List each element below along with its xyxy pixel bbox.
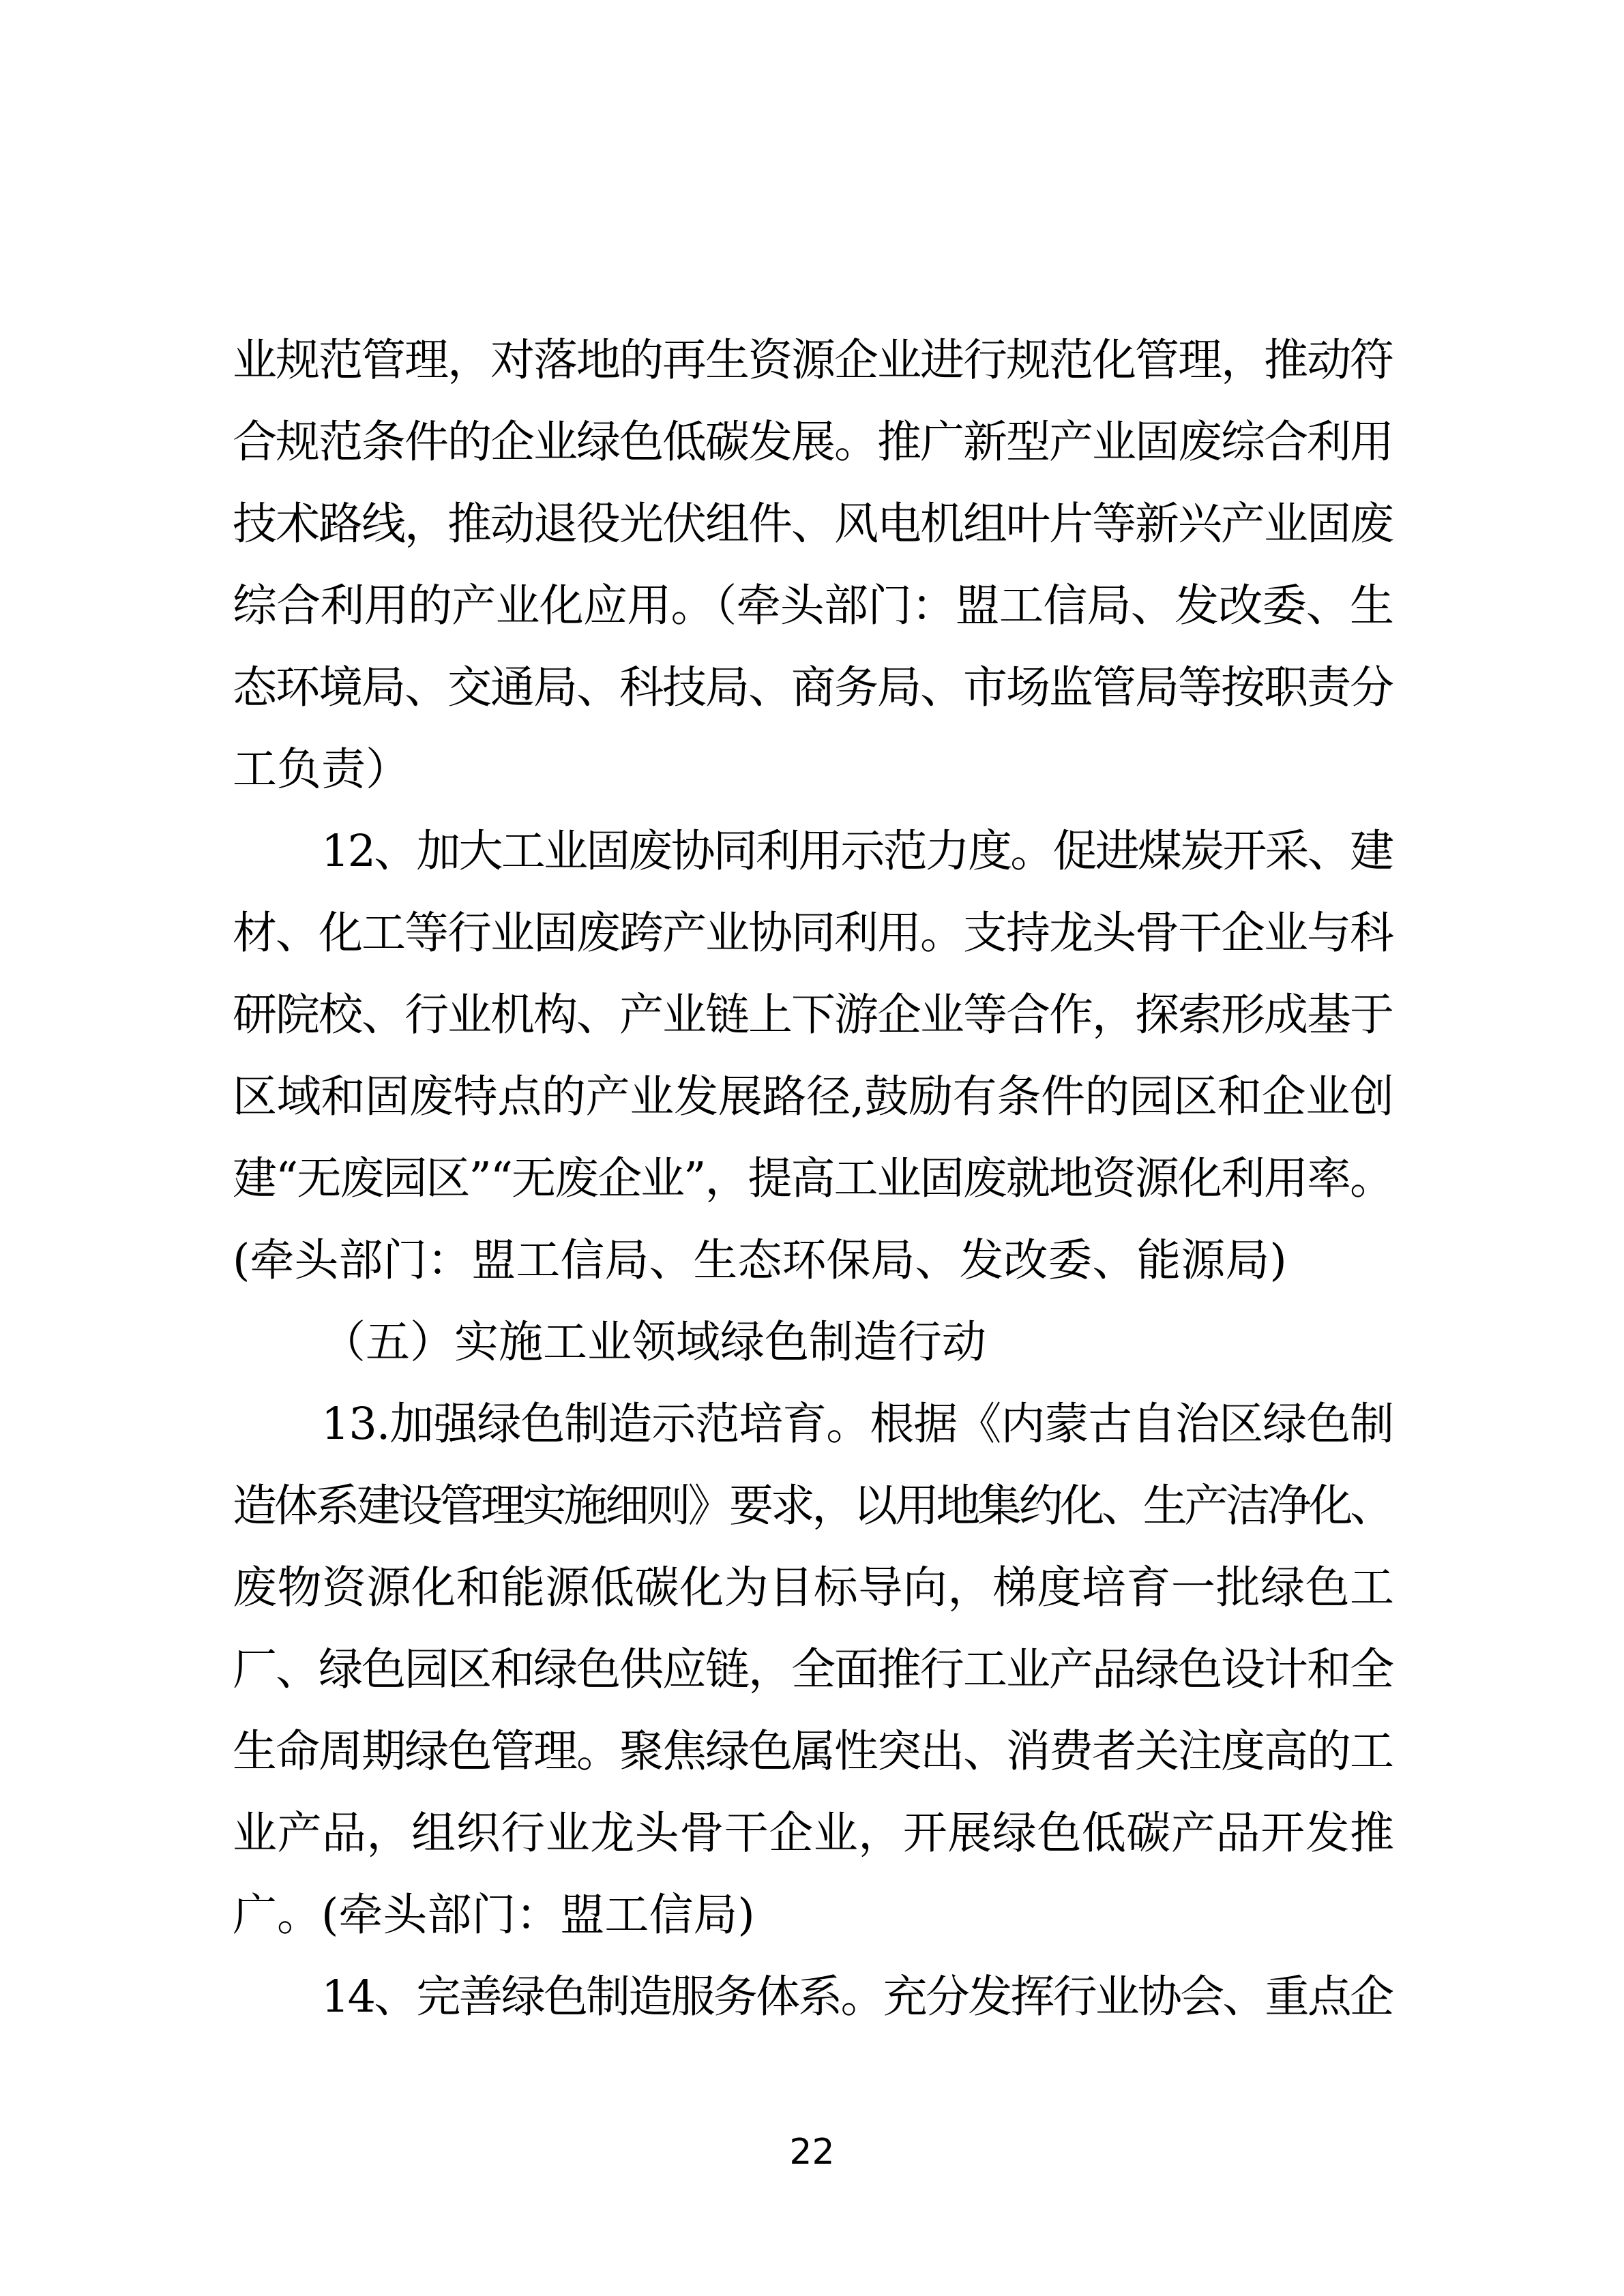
- text-line-content: 合规范条件的企业绿色低碳发展。推广新型产业固废综合利用: [233, 417, 1393, 468]
- text-line-content: 材、化工等行业固废跨产业协同利用。支持龙头骨干企业与科: [233, 908, 1393, 959]
- text-line-content: 研院校、行业机构、产业链上下游企业等合作，探索形成基于: [233, 989, 1393, 1041]
- text-line: 造体系建设管理实施细则》要求，以用地集约化、生产洁净化、: [233, 1465, 1394, 1547]
- text-line-content: （五）实施工业领域绿色制造行动: [233, 1317, 986, 1368]
- text-line-content: 生命周期绿色管理。聚焦绿色属性突出、消费者关注度高的工: [233, 1726, 1393, 1777]
- text-line: 厂、绿色园区和绿色供应链，全面推行工业产品绿色设计和全: [233, 1629, 1394, 1711]
- text-line-content: 12、加大工业固废协同利用示范力度。促进煤炭开采、建: [233, 826, 1392, 877]
- text-block: 业规范管理，对落地的再生资源企业进行规范化管理，推动符合规范条件的企业绿色低碳发…: [233, 320, 1394, 2038]
- text-line-content: (牵头部门：盟工信局、生态环保局、发改委、能源局): [233, 1235, 1287, 1286]
- text-line: 业产品，组织行业龙头骨干企业，开展绿色低碳产品开发推: [233, 1793, 1394, 1875]
- text-line-content: 建“无废园区”“无废企业”，提高工业固废就地资源化利用率。: [233, 1153, 1393, 1204]
- text-line-content: 造体系建设管理实施细则》要求，以用地集约化、生产洁净化、: [233, 1480, 1391, 1532]
- text-line: 工负责）: [233, 729, 1394, 811]
- text-line: 业规范管理，对落地的再生资源企业进行规范化管理，推动符: [233, 320, 1394, 402]
- text-line: 材、化工等行业固废跨产业协同利用。支持龙头骨干企业与科: [233, 893, 1394, 974]
- text-line-content: 区域和固废特点的产业发展路径,鼓励有条件的园区和企业创: [233, 1071, 1394, 1122]
- text-line: 建“无废园区”“无废企业”，提高工业固废就地资源化利用率。: [233, 1138, 1394, 1220]
- text-line-content: 13.加强绿色制造示范培育。根据《内蒙古自治区绿色制: [233, 1399, 1393, 1450]
- text-line: 14、完善绿色制造服务体系。充分发挥行业协会、重点企: [233, 1956, 1394, 2038]
- text-line: 12、加大工业固废协同利用示范力度。促进煤炭开采、建: [233, 811, 1394, 893]
- page-number: 22: [0, 2132, 1624, 2173]
- text-line: 研院校、行业机构、产业链上下游企业等合作，探索形成基于: [233, 974, 1394, 1056]
- text-line-content: 态环境局、交通局、科技局、商务局、市场监管局等按职责分: [233, 662, 1393, 713]
- text-line: 废物资源化和能源低碳化为目标导向，梯度培育一批绿色工: [233, 1547, 1394, 1629]
- text-line-content: 业产品，组织行业龙头骨干企业，开展绿色低碳产品开发推: [233, 1808, 1395, 1859]
- text-line: 技术路线，推动退役光伏组件、风电机组叶片等新兴产业固废: [233, 483, 1394, 565]
- text-line-content: 综合利用的产业化应用。（牵头部门：盟工信局、发改委、生: [233, 580, 1393, 631]
- text-line: 广。(牵头部门：盟工信局): [233, 1875, 1394, 1956]
- text-line-content: 厂、绿色园区和绿色供应链，全面推行工业产品绿色设计和全: [233, 1644, 1393, 1695]
- text-line: 区域和固废特点的产业发展路径,鼓励有条件的园区和企业创: [233, 1056, 1394, 1138]
- text-line: (牵头部门：盟工信局、生态环保局、发改委、能源局): [233, 1220, 1394, 1302]
- text-line: 综合利用的产业化应用。（牵头部门：盟工信局、发改委、生: [233, 565, 1394, 647]
- text-line: 态环境局、交通局、科技局、商务局、市场监管局等按职责分: [233, 647, 1394, 729]
- text-line-content: 废物资源化和能源低碳化为目标导向，梯度培育一批绿色工: [233, 1562, 1395, 1613]
- document-page: 业规范管理，对落地的再生资源企业进行规范化管理，推动符合规范条件的企业绿色低碳发…: [0, 0, 1624, 2296]
- text-line-content: 业规范管理，对落地的再生资源企业进行规范化管理，推动符: [233, 335, 1393, 386]
- text-line-content: 广。(牵头部门：盟工信局): [233, 1890, 755, 1941]
- text-line-content: 技术路线，推动退役光伏组件、风电机组叶片等新兴产业固废: [233, 498, 1393, 550]
- text-line: 合规范条件的企业绿色低碳发展。推广新型产业固废综合利用: [233, 402, 1394, 483]
- text-line-content: 工负责）: [233, 744, 410, 795]
- text-line: 生命周期绿色管理。聚焦绿色属性突出、消费者关注度高的工: [233, 1711, 1394, 1793]
- text-line-content: 14、完善绿色制造服务体系。充分发挥行业协会、重点企: [233, 1971, 1392, 2023]
- text-line: 13.加强绿色制造示范培育。根据《内蒙古自治区绿色制: [233, 1384, 1394, 1465]
- text-line: （五）实施工业领域绿色制造行动: [233, 1302, 1394, 1384]
